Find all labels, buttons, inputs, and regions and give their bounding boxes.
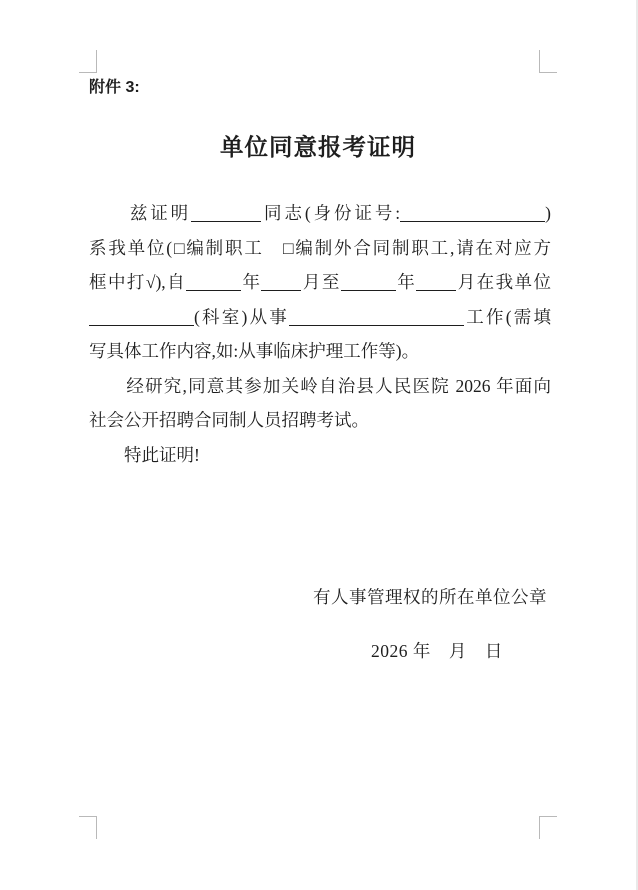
date-line: 2026 年 月 日 xyxy=(371,640,503,662)
text-run: 月在我单位 xyxy=(456,272,551,292)
body-line: 兹证明同志(身份证号:) xyxy=(89,196,551,231)
blank-underline xyxy=(289,313,464,326)
text-run: 经研究,同意其参加关岭自治县人民医院 2026 年面向 xyxy=(89,376,551,396)
document-page: 附件 3: 单位同意报考证明 兹证明同志(身份证号:) 系我单位(□编制职工 □… xyxy=(0,0,638,890)
blank-underline xyxy=(89,313,194,326)
document-title: 单位同意报考证明 xyxy=(0,132,636,162)
margin-crop-mark-bottom-left xyxy=(79,816,97,839)
blank-underline xyxy=(191,209,261,222)
text-run: 系我单位(□编制职工 □编制外合同制职工,请在对应方 xyxy=(89,238,551,258)
document-body: 兹证明同志(身份证号:) 系我单位(□编制职工 □编制外合同制职工,请在对应方 … xyxy=(89,196,551,472)
text-run: ) xyxy=(545,203,551,223)
text-run: 月至 xyxy=(301,272,340,292)
text-run: 工作(需填 xyxy=(464,307,551,327)
blank-underline xyxy=(186,278,241,291)
text-run: 写具体工作内容,如:从事临床护理工作等)。 xyxy=(89,341,419,361)
body-line: 写具体工作内容,如:从事临床护理工作等)。 xyxy=(89,334,551,369)
blank-underline xyxy=(400,209,545,222)
body-line: 经研究,同意其参加关岭自治县人民医院 2026 年面向 xyxy=(89,369,551,404)
margin-crop-mark-top-right xyxy=(539,50,557,73)
body-line: 系我单位(□编制职工 □编制外合同制职工,请在对应方 xyxy=(89,231,551,266)
body-line: (科室)从事工作(需填 xyxy=(89,300,551,335)
text-run: 年 xyxy=(396,272,416,292)
body-line: 框中打√),自年月至年月在我单位 xyxy=(89,265,551,300)
margin-crop-mark-top-left xyxy=(79,50,97,73)
attachment-label: 附件 3: xyxy=(89,78,140,98)
blank-underline xyxy=(416,278,456,291)
text-run: 特此证明! xyxy=(89,445,200,465)
body-line: 社会公开招聘合同制人员招聘考试。 xyxy=(89,403,551,438)
text-run: 年 xyxy=(241,272,261,292)
text-run: 社会公开招聘合同制人员招聘考试。 xyxy=(89,410,369,430)
text-run: (科室)从事 xyxy=(194,307,289,327)
blank-underline xyxy=(261,278,301,291)
blank-underline xyxy=(341,278,396,291)
body-line: 特此证明! xyxy=(89,438,551,473)
margin-crop-mark-bottom-right xyxy=(539,816,557,839)
signature-line: 有人事管理权的所在单位公章 xyxy=(313,586,547,608)
text-run: 同志(身份证号: xyxy=(261,203,400,223)
text-run: 兹证明 xyxy=(89,203,191,223)
text-run: 框中打√),自 xyxy=(89,272,186,292)
